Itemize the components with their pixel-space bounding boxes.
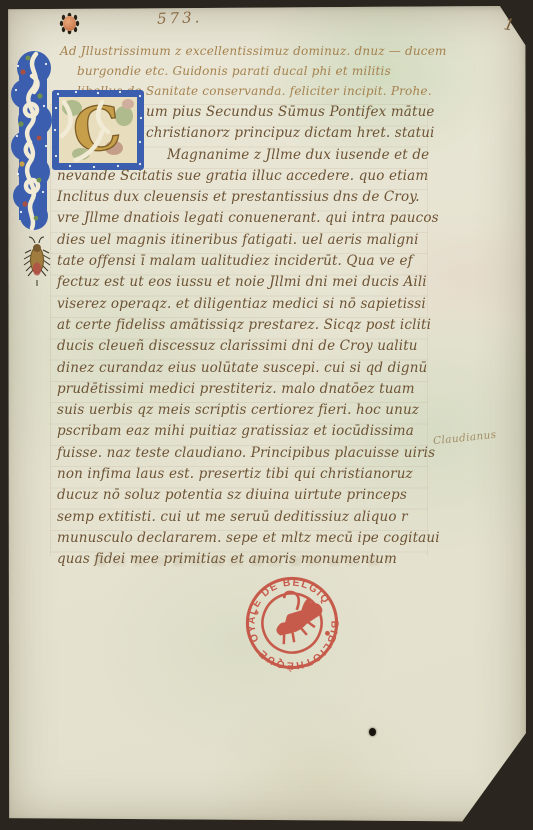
shelfmark-number: 573. bbox=[157, 8, 203, 28]
text-line: semp extitisti. cui ut me seruū deditiss… bbox=[57, 507, 440, 528]
text-line: fuisse. naz teste claudiano. Principibus… bbox=[57, 443, 440, 464]
text-line: prudētissimi medici prestiteriz. malo dn… bbox=[57, 379, 440, 400]
main-text-block: um pius Secundus Sūmus Pontifex mātue ch… bbox=[57, 102, 440, 571]
text-line: vre Jllme dnatiois legati conuenerant. q… bbox=[57, 208, 440, 229]
sun-ornament-icon bbox=[63, 16, 76, 31]
text-line: um pius Secundus Sūmus Pontifex mātue bbox=[146, 102, 440, 123]
text-line: nevande Scitatis sue gratia illuc accede… bbox=[57, 166, 440, 187]
text-line: dinez curandaz eius uolūtate suscepi. cu… bbox=[57, 358, 440, 379]
text-line: ducis cleueñ discessuz clarissimi dni de… bbox=[57, 336, 440, 357]
text-line: christianorz principuz dictam hret. stat… bbox=[146, 123, 440, 144]
text-line: munusculo declararem. sepe et mltz mecū … bbox=[57, 528, 440, 549]
text-line: Magnanime z Jllme dux iusende et de bbox=[167, 145, 440, 166]
text-line: non infima laus est. presertiz tibi qui … bbox=[57, 464, 440, 485]
library-stamp: ROYALE DE BELGIQUE BIBLIOTHÈQUE bbox=[235, 566, 349, 680]
text-line: dies uel magnis itineribus fatigati. uel… bbox=[57, 230, 440, 251]
wormhole-dot bbox=[369, 728, 376, 736]
marginal-insect-icon bbox=[22, 236, 56, 290]
erased-line bbox=[95, 557, 390, 566]
text-line: Inclitus dux cleuensis et prestantissius… bbox=[57, 187, 440, 208]
text-line: viserez operaqz. et diligentiaz medici s… bbox=[57, 294, 440, 315]
text-line: ducuz nō soluz potentia sz diuina uirtut… bbox=[57, 485, 440, 506]
text-line: suis uerbis qz meis scriptis certiorez f… bbox=[57, 400, 440, 421]
text-line: fectuz est ut eos iussu et noie Jllmi dn… bbox=[57, 272, 440, 293]
text-line: tate offensi ī malam ualitudiez inciderū… bbox=[57, 251, 440, 272]
text-line: at certe fideliss amātissiqz prestarez. … bbox=[57, 315, 440, 336]
manuscript-scan: 573. 1 Ad Jllustrissimum z excellentissi… bbox=[0, 0, 533, 830]
text-line: pscribam eaz mihi puitiaz gratissiaz et … bbox=[57, 421, 440, 442]
